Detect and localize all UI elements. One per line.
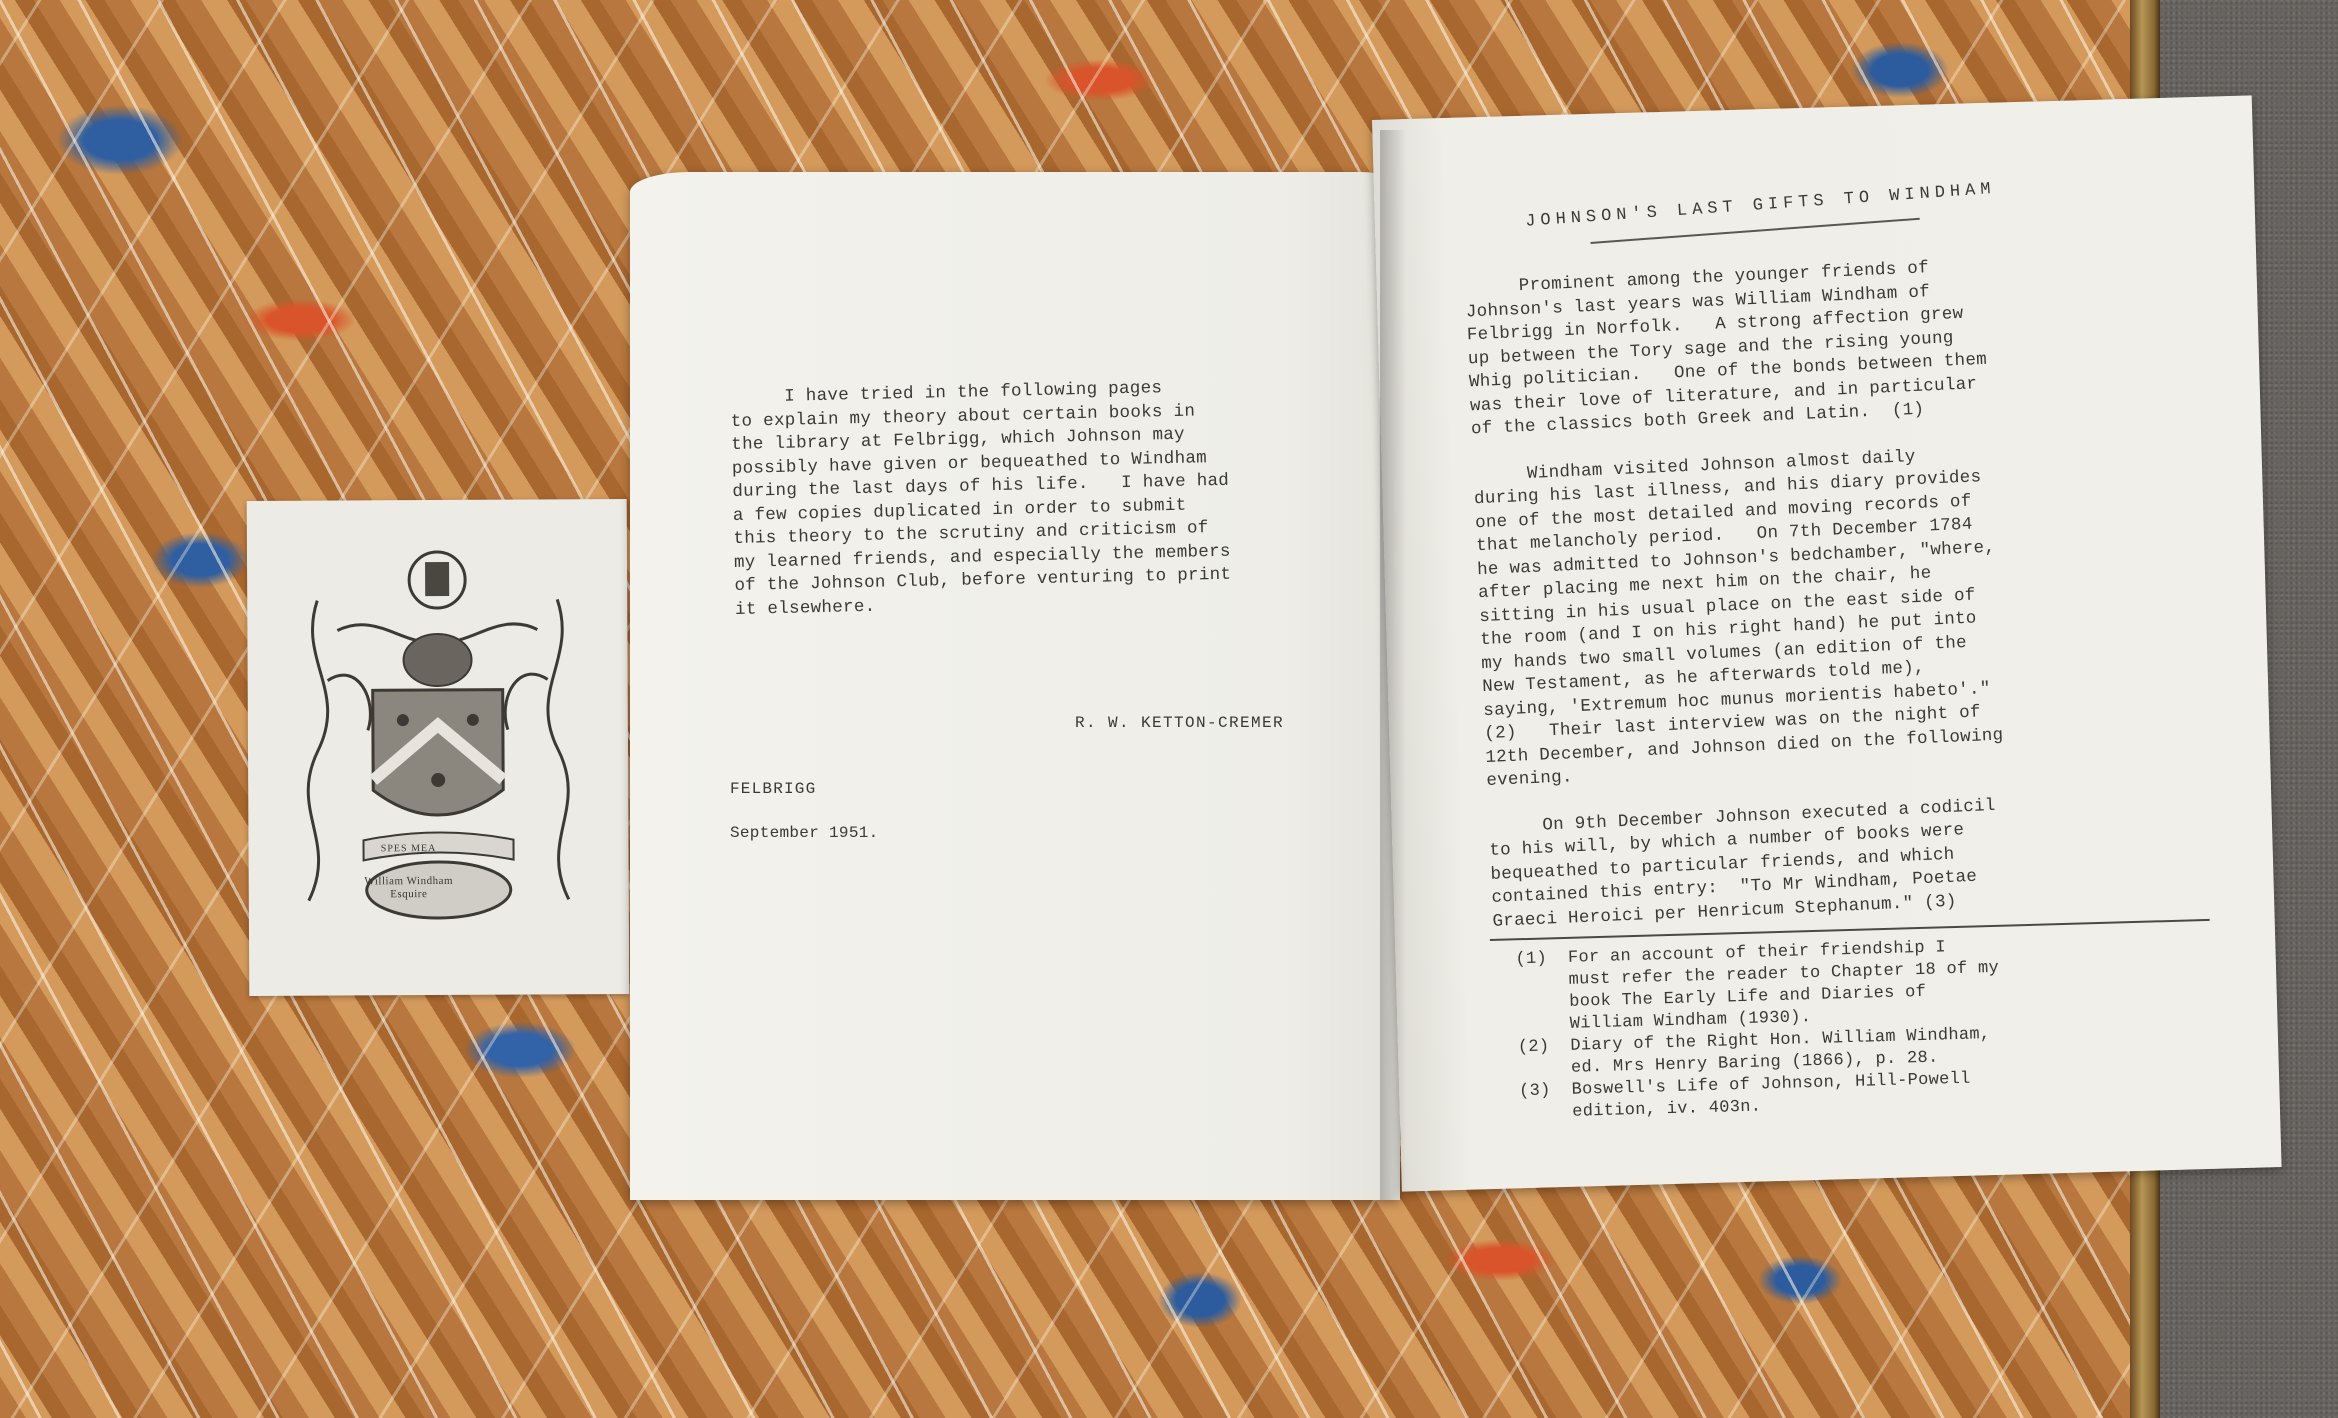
paragraph: Windham visited Johnson almost dailyduri… <box>1473 442 2005 793</box>
right-page: JOHNSON'S LAST GIFTS TO WINDHAM Prominen… <box>1372 95 2282 1191</box>
place-line: FELBRIGG <box>730 778 816 802</box>
preface-text: I have tried in the following pagesto ex… <box>730 376 1232 622</box>
paragraph: Prominent among the younger friends ofJo… <box>1464 255 1989 442</box>
author-signature: R. W. KETTON-CREMER <box>1075 712 1284 736</box>
bookplate-owner-name: William Windham <box>341 875 477 889</box>
footnotes: (1) For an account of their friendship I… <box>1515 936 2003 1125</box>
paragraph: On 9th December Johnson executed a codic… <box>1488 794 2011 934</box>
essay-text: Prominent among the younger friends ofJo… <box>1464 255 2012 957</box>
bookplate-motto: SPES MEA <box>347 843 471 855</box>
gutter-shadow <box>1380 130 1406 1200</box>
page-title: JOHNSON'S LAST GIFTS TO WINDHAM <box>1525 178 1997 234</box>
bookplate-owner: William Windham Esquire <box>341 875 477 902</box>
left-page: I have tried in the following pagesto ex… <box>630 172 1400 1200</box>
date-line: September 1951. <box>730 822 879 846</box>
armorial-bookplate: SPES MEA William Windham Esquire <box>247 499 630 996</box>
bookplate-owner-title: Esquire <box>341 888 477 902</box>
